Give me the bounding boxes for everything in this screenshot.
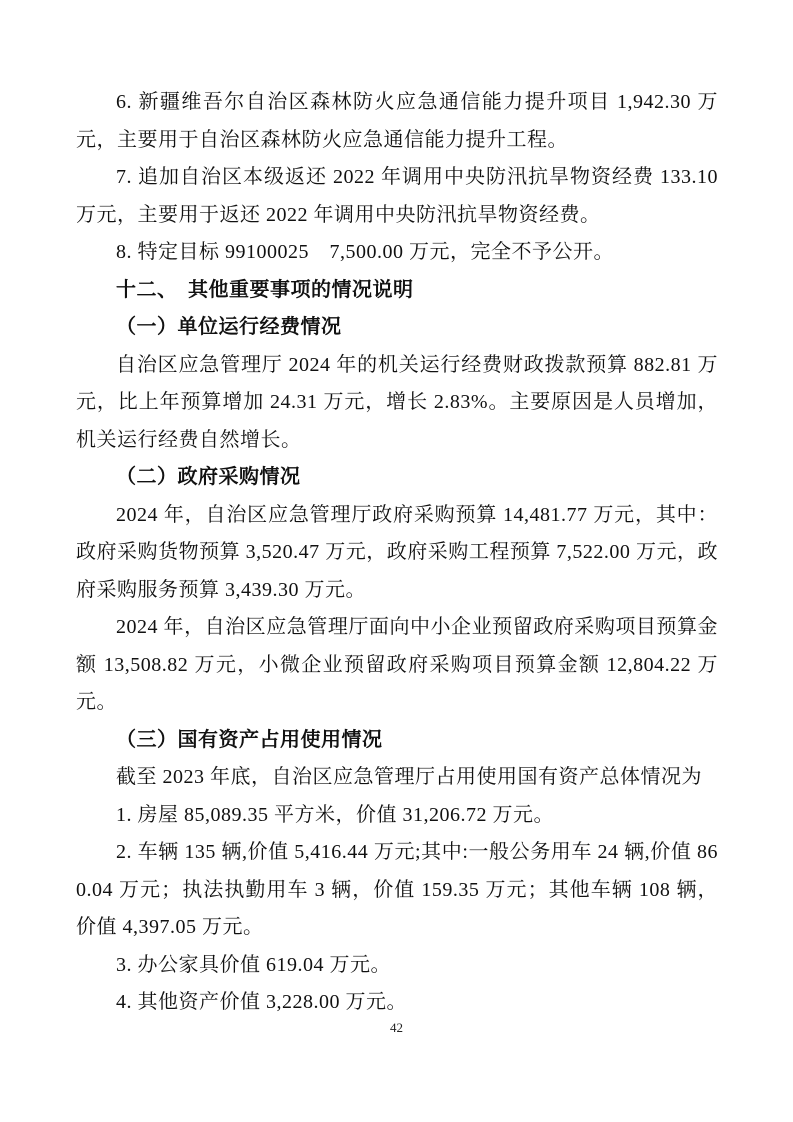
subsection-heading-1: （一）单位运行经费情况 [76, 309, 718, 347]
paragraph-procurement-sme: 2024 年，自治区应急管理厅面向中小企业预留政府采购项目预算金额 13,508… [76, 609, 718, 722]
paragraph-assets-intro: 截至 2023 年底，自治区应急管理厅占用使用国有资产总体情况为 [76, 759, 718, 797]
document-content: 6. 新疆维吾尔自治区森林防火应急通信能力提升项目 1,942.30 万元，主要… [76, 84, 718, 1022]
paragraph-item-6: 6. 新疆维吾尔自治区森林防火应急通信能力提升项目 1,942.30 万元，主要… [76, 84, 718, 159]
paragraph-assets-other: 4. 其他资产价值 3,228.00 万元。 [76, 984, 718, 1022]
subsection-heading-2: （二）政府采购情况 [76, 459, 718, 497]
page-number: 42 [0, 1020, 793, 1036]
paragraph-operating-costs: 自治区应急管理厅 2024 年的机关运行经费财政拨款预算 882.81 万元，比… [76, 347, 718, 460]
subsection-heading-3: （三）国有资产占用使用情况 [76, 722, 718, 760]
paragraph-item-7: 7. 追加自治区本级返还 2022 年调用中央防汛抗旱物资经费 133.10 万… [76, 159, 718, 234]
paragraph-item-8: 8. 特定目标 99100025 7,500.00 万元，完全不予公开。 [76, 234, 718, 272]
paragraph-assets-vehicles: 2. 车辆 135 辆,价值 5,416.44 万元;其中:一般公务用车 24 … [76, 834, 718, 947]
paragraph-assets-furniture: 3. 办公家具价值 619.04 万元。 [76, 947, 718, 985]
document-page: 6. 新疆维吾尔自治区森林防火应急通信能力提升项目 1,942.30 万元，主要… [0, 0, 793, 1122]
section-heading-12: 十二、 其他重要事项的情况说明 [76, 272, 718, 310]
paragraph-procurement-total: 2024 年，自治区应急管理厅政府采购预算 14,481.77 万元，其中：政府… [76, 497, 718, 610]
paragraph-assets-housing: 1. 房屋 85,089.35 平方米，价值 31,206.72 万元。 [76, 797, 718, 835]
